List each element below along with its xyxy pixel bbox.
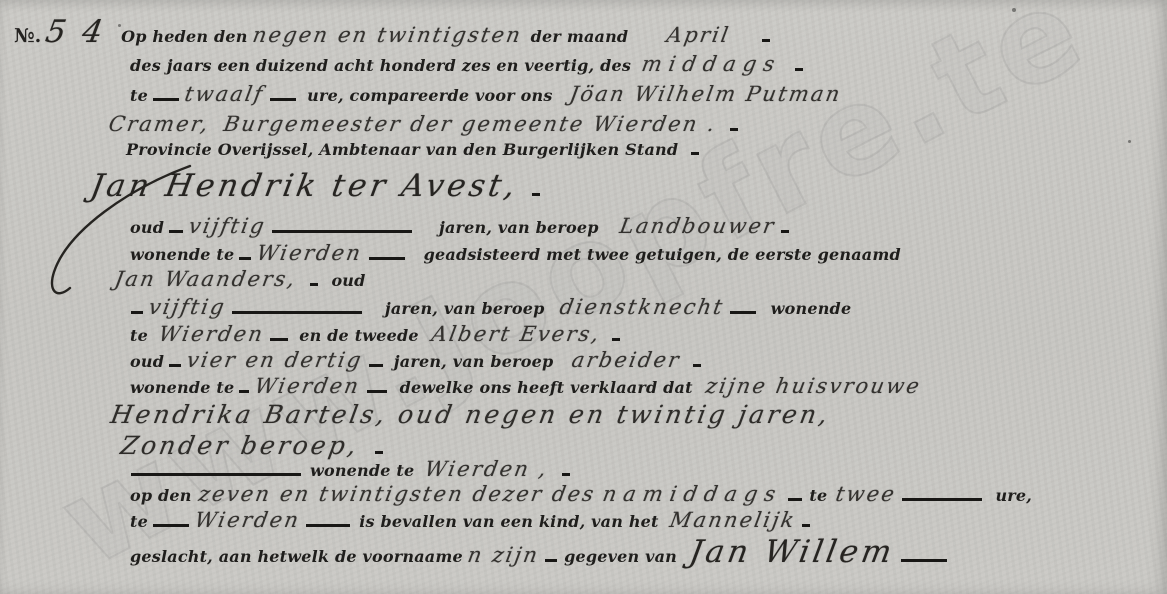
handwritten-entry: Jöan Wilhelm Putman xyxy=(564,82,846,106)
ruled-line xyxy=(781,229,789,233)
document-page: №.5 4Op heden dennegen en twintigstender… xyxy=(0,0,1167,594)
printed-form-text: te xyxy=(128,326,150,345)
handwritten-entry: vijftig xyxy=(184,214,271,238)
ruled-line xyxy=(306,523,350,527)
spacer xyxy=(603,340,609,341)
spacer xyxy=(415,232,437,233)
printed-form-text: wonende te xyxy=(128,245,236,264)
ruled-line xyxy=(532,192,540,196)
mother-name-age-line: Hendrika Bartels, oud negen en twintig j… xyxy=(0,400,1153,431)
ruled-line xyxy=(693,363,701,367)
witness1-name-line: Jan Waanders,oud xyxy=(0,267,1153,295)
printed-form-text: oud xyxy=(128,218,166,237)
handwritten-entry: Jan Waanders, xyxy=(110,267,302,291)
mother-residence-line: wonende teWierden , xyxy=(0,457,1153,482)
ruled-line xyxy=(901,558,947,562)
handwritten-entry-large: 5 4 xyxy=(40,14,112,50)
ruled-line xyxy=(232,310,362,314)
printed-form-text: Provincie Overijssel, Ambtenaar van den … xyxy=(124,140,680,159)
witness2-age-occupation-line: oudvier en dertigjaren, van beroeparbeid… xyxy=(0,348,1153,374)
ruled-line xyxy=(375,450,383,454)
handwritten-entry: zijne huisvrouwe xyxy=(701,374,926,398)
spacer xyxy=(733,41,759,42)
printed-form-text: en de tweede xyxy=(297,326,421,345)
printed-form-text: jaren, van beroep xyxy=(437,218,601,237)
spacer xyxy=(551,475,559,476)
ruled-line xyxy=(270,97,296,101)
printed-form-text: is bevallen van een kind, van het xyxy=(357,512,660,531)
handwritten-entry-large: Jan Willem xyxy=(684,534,901,570)
spacer xyxy=(784,70,792,71)
birth-date-time-line: op denzeven en twintigsten dezer desnami… xyxy=(0,482,1153,508)
ruled-line xyxy=(270,337,288,341)
spacer xyxy=(759,313,769,314)
spacer xyxy=(365,313,383,314)
ruled-line xyxy=(691,151,699,155)
declarant-residence-line: wonende teWierdengeadsisteerd met twee g… xyxy=(0,241,1153,267)
spacer xyxy=(362,453,372,454)
witness2-name-line: teWierdenen de tweedeAlbert Evers, xyxy=(0,322,1153,348)
printed-form-text: geadsisteerd met twee getuigen, de eerst… xyxy=(422,245,903,264)
handwritten-entry: twaalf xyxy=(180,82,269,106)
ruled-line xyxy=(239,256,251,260)
declarant-name-line: Jan Hendrik ter Avest, xyxy=(0,168,1153,214)
printed-form-text: der maand xyxy=(529,27,631,46)
ruled-line xyxy=(795,67,803,71)
ruled-line xyxy=(367,389,387,393)
handwritten-entry: Landbouwer xyxy=(615,214,781,238)
ruled-line xyxy=(762,38,770,42)
handwritten-entry-large: Jan Hendrik ter Avest, xyxy=(85,168,524,204)
spacer xyxy=(719,130,727,131)
handwritten-entry: April xyxy=(662,23,735,47)
declaration-line: wonende teWierdendewelke ons heeft verkl… xyxy=(0,374,1153,400)
handwritten-entry: Albert Evers, xyxy=(427,322,606,346)
ink-speck xyxy=(1128,140,1131,143)
handwritten-entry: Wierden , xyxy=(420,457,553,481)
ruled-line xyxy=(612,337,620,341)
ruled-line xyxy=(802,523,810,527)
handwritten-entry: Cramer, xyxy=(104,112,215,136)
spacer xyxy=(985,500,993,501)
official-surname-title-line: Cramer,Burgemeester der gemeente Wierden… xyxy=(0,112,1153,140)
doc-number-and-date-line: №.5 4Op heden dennegen en twintigstender… xyxy=(0,14,1153,52)
child-name-line: geslacht, aan hetwelk de voornaamen zijn… xyxy=(0,534,1153,570)
printed-form-text: oud xyxy=(329,271,367,290)
witness1-age-occupation-line: vijftigjaren, van beroepdienstknechtwone… xyxy=(0,295,1153,322)
handwritten-entry: zeven en twintigsten dezer des xyxy=(194,482,601,506)
printed-form-text: gegeven van xyxy=(562,547,679,566)
handwritten-entry: arbeider xyxy=(567,348,686,372)
printed-form-text: geslacht, aan hetwelk de voornaame xyxy=(128,547,465,566)
ruled-line xyxy=(562,472,570,476)
printed-form-text: oud xyxy=(128,352,166,371)
handwritten-entry: Hendrika Bartels, oud negen en twintig j… xyxy=(105,400,835,429)
handwritten-entry: n zijn xyxy=(463,543,544,567)
ruled-line xyxy=(239,389,249,393)
handwritten-entry: vier en dertig xyxy=(182,348,368,372)
ruled-line xyxy=(153,523,189,527)
ruled-line xyxy=(272,229,412,233)
printed-form-text: te xyxy=(807,486,829,505)
handwritten-entry: namiddags xyxy=(598,482,788,506)
spacer xyxy=(109,41,119,42)
year-and-daypart-line: des jaars een duizend acht honderd zes e… xyxy=(0,52,1153,82)
spacer xyxy=(299,285,307,286)
declarant-age-occupation-line: oudvijftigjaren, van beroepLandbouwer xyxy=(0,214,1153,241)
ruled-line xyxy=(545,558,557,562)
ruled-line xyxy=(730,127,738,131)
ruled-line xyxy=(902,497,982,501)
handwritten-entry: Mannelijk xyxy=(665,508,801,532)
handwritten-entry: Wierden xyxy=(250,374,365,398)
printed-form-text: jaren, van beroep xyxy=(383,299,547,318)
spacer xyxy=(408,259,422,260)
handwritten-entry: Wierden xyxy=(190,508,305,532)
handwritten-entry: vijftig xyxy=(144,295,231,319)
ruled-line xyxy=(153,97,179,101)
ruled-line xyxy=(169,363,181,367)
ruled-line xyxy=(169,229,183,233)
printed-form-text: jaren, van beroep xyxy=(392,352,556,371)
printed-form-text: des jaars een duizend acht honderd zes e… xyxy=(128,56,633,75)
printed-form-text: te xyxy=(128,86,150,105)
ruled-line xyxy=(310,282,318,286)
birth-place-gender-line: teWierdenis bevallen van een kind, van h… xyxy=(0,508,1153,534)
ruled-line xyxy=(131,472,301,476)
printed-form-text: te xyxy=(128,512,150,531)
printed-form-text: op den xyxy=(128,486,194,505)
document-number-symbol: №. xyxy=(14,25,43,47)
mother-occupation-line: Zonder beroep, xyxy=(0,431,1153,457)
ruled-line xyxy=(131,310,143,314)
handwritten-entry: Wierden xyxy=(154,322,269,346)
ruled-line xyxy=(730,310,756,314)
printed-form-text: ure, xyxy=(993,486,1034,505)
hour-and-official-name-line: tetwaalfure, compareerde voor onsJöan Wi… xyxy=(0,82,1153,112)
spacer xyxy=(684,366,690,367)
spacer xyxy=(601,232,617,233)
printed-form-text: dewelke ons heeft verklaard dat xyxy=(398,378,695,397)
handwritten-entry: middags xyxy=(637,52,786,76)
handwritten-entry: dienstknecht xyxy=(554,295,728,319)
ruled-line xyxy=(369,256,405,260)
handwritten-entry: twee xyxy=(831,482,901,506)
spacer xyxy=(680,154,688,155)
handwritten-entry: Wierden xyxy=(252,241,367,265)
printed-form-text: wonende te xyxy=(128,378,236,397)
spacer xyxy=(630,41,664,42)
ruled-line xyxy=(788,497,802,501)
handwritten-entry: Zonder beroep, xyxy=(115,431,364,460)
ruled-line xyxy=(369,363,383,367)
spacer xyxy=(321,285,329,286)
printed-form-text: ure, compareerde voor ons xyxy=(305,86,554,105)
handwritten-entry: negen en twintigsten xyxy=(247,23,526,47)
spacer xyxy=(390,392,398,393)
ink-speck xyxy=(118,24,121,27)
ink-speck xyxy=(1012,8,1016,12)
spacer xyxy=(521,195,529,196)
handwritten-entry: Burgemeester der gemeente Wierden . xyxy=(219,112,722,136)
printed-form-text: Op heden den xyxy=(119,27,249,46)
printed-form-text: wonende te xyxy=(308,461,416,480)
province-registry-line: Provincie Overijssel, Ambtenaar van den … xyxy=(0,140,1153,168)
printed-form-text: wonende xyxy=(769,299,854,318)
